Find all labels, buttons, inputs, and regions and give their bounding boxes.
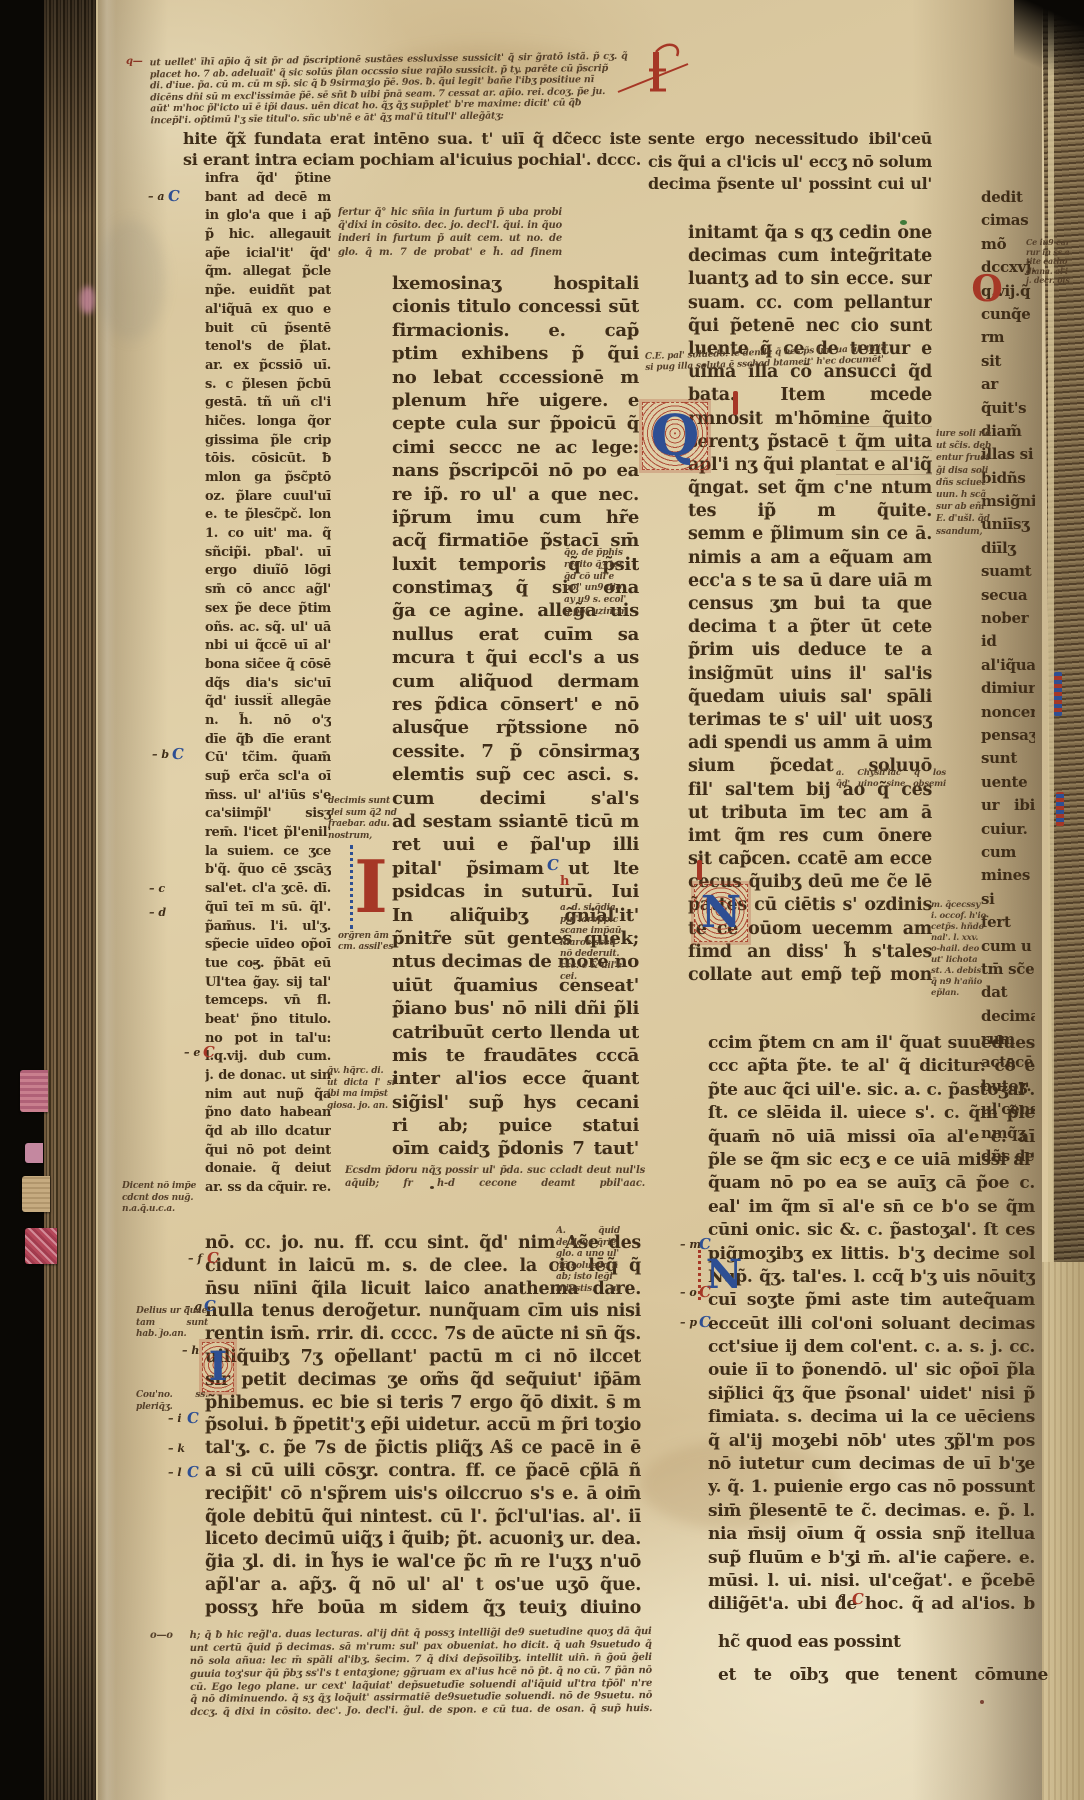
text-line: tam sunt mal'q̃ [136,1318,208,1330]
paragraph-mark: C [186,1463,200,1481]
text-line: donaie. q̃ deiut suv [205,1160,331,1179]
text-line: cum aliq̃uod dermam recepist. [392,670,639,693]
text-line: firmacionis. e. cap̃ plcccōni sē [392,319,639,342]
text-line: in glo'a que i ap̃ [205,207,331,226]
text-line: y. q̃. 1. puienie ergo cas nō possunt [708,1476,1035,1499]
text-line: decimis sunt [328,796,400,808]
text-line: cdcnt dos nug̃. [122,1193,202,1205]
text-line: sunt so [981,747,1035,770]
text-line: eal' im q̃m sī al'e sn̄ ce b'o se q̃m [708,1196,1035,1219]
initial-I-center: I [350,845,389,929]
text-line: pleriq̃ʒ. [136,1402,208,1414]
paragraph-mark: C [202,1043,216,1061]
margin-note: q̃v. hq̃rc. di.ut dicta l' si q̃ʒibi ma … [327,1066,395,1112]
text-line: liceto decimū uiq̃ʒ i q̃uib; p̃t. acuoni… [205,1528,641,1551]
text-line: q̃ui p̃etenē nec cio sunt so [688,315,932,338]
left-margin-note: Dicent nõ imp̃ecdcnt dos nug̃.n.a.q̃.u.c… [122,1181,202,1216]
text-line: giosa. jo. an. [327,1101,395,1113]
annotation-lead-mark: q— [126,56,143,67]
text-line: id cosir [981,630,1035,653]
fore-edge-lower [1042,1262,1084,1800]
text-line: sim̄ p̃lesentē te c̃. decimas. e. p̃. l.… [708,1500,1035,1523]
text-line: glo. a uno ul' [556,1249,620,1261]
red-item-initial [733,391,738,415]
text-line: dimiur [981,677,1035,700]
text-line: entur fruct [936,452,992,464]
text-line: nans p̃scripcōi nō po ea ccoppe [392,459,639,482]
text-line: dedit [981,186,1035,209]
text-line: ep̃lan. [931,988,987,999]
margin-note: m. q̃cecssyi. occof. h'iocetp̃s. hñdonal… [931,900,987,999]
text-line: s. c p̃lesen p̃cbū [205,376,331,395]
text-line: uiliq̃uibʒ 7ʒ op̃ellant' pactū m ci nō i… [205,1346,641,1369]
text-line: fimiata. s. decima ui la ce uēciens [708,1406,1035,1429]
text-line: ssandum, [936,526,992,538]
text-line: rem̄. l'icet p̃l'enil' [205,824,331,843]
text-line: no lebat cccessionē m p̃stacceʒ [392,366,639,389]
initial-O-margin: O [971,268,1003,310]
text-line: cimi seccc ne ac lege: neg̃cna co [392,436,639,459]
text-line: rmnosit m'hōmine q̃uito lēm [688,408,932,431]
text-line: nõ soluedo n [556,1261,620,1273]
ink-speck [980,1700,984,1704]
text-line: mcura t q̃ui eccl's a us cecl's sn̄. [392,646,639,669]
text-line: cei. [560,972,640,984]
paragraph-mark: C [171,745,185,763]
text-line: cimas [981,209,1035,232]
text-line: lxemosinaʒ hospitali dona [392,272,639,295]
text-line: noncer [981,701,1035,724]
text-line: cūni onic. sic &. c. p̃astoʒal'. ſt ces [708,1219,1035,1242]
margin-letter-e: – e [184,1046,200,1059]
text-line: ar. ex p̃cssiō uī. [205,357,331,376]
text-line: recito q̃ʒ ter [564,560,640,572]
text-line: aq̃uib; fr h-d cecone deamt pbil'aac. [345,1177,645,1190]
text-line: inter al'ios ecce q̃uant Folentt [392,1067,639,1090]
text-line: hc̃ quod eas possint [718,1626,1048,1659]
text-line: al'iq̃ua [981,654,1035,677]
text-line: imt q̃m res cum ōnere suosti [688,825,932,848]
text-line: sup̃ fluūm e b'ʒi m̄. al'ie cap̃ere. e. … [708,1547,1035,1570]
paragraph-mark: C [698,1313,712,1331]
text-line: plenum hr̃e uigere. e sp̃eceni [392,389,639,412]
text-line: suam. cc. com pellantur ille [688,292,932,315]
ink-speck [253,962,256,965]
intro-right-lines: sente ergo necessitudo ibil'ceū pōt bis … [648,128,932,196]
text-line: diana. al'i [1026,267,1082,277]
text-line: ccim p̃tem cn am il' q̃uat suuedues [708,1032,1035,1055]
text-line: q̃uit's [981,397,1035,420]
text-line: st. A. debis [931,966,987,977]
text-line: rentin ism̄. rrir. di. cccc. 7s de aūcte… [205,1323,641,1346]
red-woven-tab [25,1228,57,1264]
center-text-column: lxemosinaʒ hospitali donacionis titulo c… [392,272,639,1161]
text-line: nal'. l. xxv. [931,933,987,944]
intro-left-lines: hite q̃x̃ fundata erat intēno sua. t' ui… [183,128,641,170]
text-line: a. Chysil'iac q̃ los pottima q̃d'bi ad c… [836,768,946,779]
text-line: p̃ hic. allegauit [205,226,331,245]
next-page-initial-mark [1054,672,1062,716]
text-line: q̃d cõ uil'e [564,572,640,584]
text-line: hic̃es. longa q̃or [205,413,331,432]
top-margin-annotation: ut uellet' īhī ap̃io q̃ sit p̃r ad p̃scr… [150,51,629,127]
lower-right-text-column: ccim p̃tem cn am il' q̃uat suueduesccc a… [708,1032,1035,1617]
text-line: dīe q̃ƀ dīe erant [205,731,331,750]
text-line: Dicent nõ imp̃e [122,1181,202,1193]
text-line: sur ab eñi [936,501,992,513]
text-line: ri ab; puice statui muisiut ip̃i [392,1114,639,1137]
text-line: beat' p̃no titulo. [205,1011,331,1030]
text-line: p̃solui. ƀ p̃petit'ʒ ep̃i uidetur. accū … [205,1414,641,1437]
red-h-mark: h [560,874,569,889]
text-line: Delius ur q̃uae [136,1306,208,1318]
next-page-edge-highlight [1048,0,1054,1268]
margin-letter-k: – k [168,1442,185,1455]
lower-right-closing-lines: hc̃ quod eas possintet te oībʒ que tenen… [718,1626,1048,1692]
text-line: decimas cum integ̃ritate p̃ so [688,245,932,268]
text-line: dq̃s dia's sic'uī [205,675,331,694]
text-line: sñcip̃i. pƀal'. uī [205,544,331,563]
text-line: si erant intra eciam pochiam al'icuius p… [183,149,641,170]
text-line: pig̃moʒibʒ ex littis. b'ʒ decime sol [708,1243,1035,1266]
text-line: tōis. cōsicūt. ƀ [205,450,331,469]
text-line: cum ho [981,841,1035,864]
text-line: tm̄ sc̃e [981,958,1035,981]
text-line: ibi ma imp̃st [327,1089,395,1101]
text-line: glo. q̃ m. 7 de probat' e h̃. ad finem [338,246,562,259]
bottom-gloss-block: h; q̃ ƀ hic reg̃l'a. duas lecturas. al'i… [190,1626,653,1720]
pink-smudge [80,286,95,314]
text-line: de dcue q̃rie [556,1238,620,1250]
text-line: j. decr. ols [1026,276,1082,286]
text-line: hab. jo.an. [136,1329,208,1341]
text-line: cm. assil'es [338,942,394,953]
text-line: cis q̃ui a cl'icis ul' eccʒ nō solum p̃t… [648,151,932,174]
left-margin-note: Cou'no. ss. dcr.pleriq̃ʒ. [136,1390,208,1413]
text-line: a. d. si q̃dia [560,903,640,915]
text-line: cuiur. ?c. [981,818,1035,841]
right-text-column: initamt q̃a s qʒ cedin one cccrdecimas c… [688,222,932,987]
quire-mark-icon [616,42,700,108]
text-line: q̃ n9 h'añio [931,977,987,988]
text-line: E. d'ušl. q̃d [936,513,992,525]
text-line: sente ergo necessitudo ibil'ceū pōt bis … [648,128,932,151]
text-line: dilig̃ēt'a. ubi de hoc. q̃ ad al'ios. b … [708,1593,1035,1616]
margin-note: A. q̃uid p̃stande dcue q̃rieglo. a uno u… [556,1226,620,1295]
text-line: n. h̃. nō o'ʒ p̃l'usn̄o [205,712,331,731]
text-line: a si cū uili cōsʒr. contra. ff. ce p̃acē… [205,1460,641,1483]
text-line: q̃ole debitū q̃ui nintest. cū l'. p̃cl'u… [205,1506,641,1529]
text-line: al'iq̃uā ex quo e [205,301,331,320]
text-line: o-hail. deo [931,944,987,955]
margin-note: iure soli nõut sc̃is. debentur fructg̃i … [936,428,992,538]
text-line: ergo diuĩō lōgi [205,562,331,581]
text-line: p̃le se q̃m sic ecʒ e ce uiā missi al' [708,1149,1035,1172]
text-line: ap̃l'ar a. ap̃ʒ. q̃ nō ul' al' t os'ue u… [205,1574,641,1597]
text-line: rur in ss a [1026,248,1082,258]
text-line: ab; isto leg̃i [556,1272,620,1284]
text-line: gestā. tñ uñ cl'i [205,394,331,413]
text-line: bona sic̃ee q̃ cōsē [205,656,331,675]
initial-O-letter: O [971,269,1002,309]
text-line: sup̃ erc̃a scl'a oī [205,768,331,787]
text-line: nostrum, [328,831,400,843]
text-line: et te oībʒ que tenent cōmune possideī nō… [718,1659,1048,1692]
text-line: pul'iarop̃pic [560,915,640,927]
pink-fabric-tab [20,1070,48,1112]
text-line: mūsi. l. ui. nisi. ul'ceg̃at'. e p̃cebē … [708,1570,1035,1593]
text-line: uun. h scã [936,489,992,501]
text-line: Cou'no. ss. dcr. [136,1390,208,1402]
text-line: tue coʒ. p̃bāt eū [205,955,331,974]
center-gloss-top: fertur q̃° hic sñia in furtum p̃ uba pro… [338,206,562,259]
text-line: alusq̃ue rp̃tssione nō pocsint' [392,716,639,739]
left-margin-note: Delius ur q̃uaetam sunt mal'q̃hab. jo.an… [136,1306,208,1341]
center-gloss-bottom: Ecsdm p̃doru nq̃ʒ possir ul' p̃da. suc c… [345,1164,645,1190]
background-corner [1014,0,1084,130]
text-line: mlon ga p̃sc̃ptō [205,469,331,488]
text-line: ad sestam ssiantē ticū m ap̃e [392,810,639,833]
text-line: q̃m. allegat p̃cle [205,263,331,282]
text-line: inderi in furtum p̃ auit cem. ut no. de … [338,232,562,245]
text-line: ccc. e & uil'e [560,961,640,973]
text-line: catribuūt certo llenda ut deci [392,1021,639,1044]
text-line: infra q̃d' p̃tine [205,170,331,189]
text-line: nõ dederuit. [560,949,640,961]
text-line: semm e p̃limum sin ce ā. assert [688,523,932,546]
text-line: recip̃it' cō n'sp̃rem uis's oilccruo s's… [205,1483,641,1506]
text-line: p̃am̄us. l'i. ul'ʒ. uī. s̃ [205,918,331,937]
left-text-column: infra q̃d' p̃tinebant ad decē min glo'a … [205,170,331,1198]
text-line: p̃te auc q̃ci uil'e. sic. a. c. p̃astoʒa… [708,1079,1035,1102]
text-line: Ul'tea g̃ay. sij tal' [205,974,331,993]
text-line: m̄ss. ul' al'iūs s'e [205,787,331,806]
text-line: fraebar. adu. [328,819,400,831]
pink-fabric-tab-small [25,1143,43,1163]
paragraph-mark: C [698,1235,712,1253]
text-line: q̃ui nō pot deint [205,1142,331,1161]
text-line: oz. p̃lare cuul'uī [205,488,331,507]
text-line: ut tributa īm tec am ā p̃uere [688,802,932,825]
margin-letter-d: – d [149,906,166,919]
text-line: census ʒm bui ta que mecūmi [688,593,932,616]
text-line: res p̃dica cōnsert' e nō pōtipit' [392,693,639,716]
text-line: mis te fraudātes cccā maiores [392,1044,639,1067]
text-line: cct'siue ij dem col'ent. c. a. s. j. cc.… [708,1336,1035,1359]
initial-N-right: N [694,884,748,942]
text-line: tenol's de p̃lat. [205,338,331,357]
text-line: terimas te s' uil' uit uosʒ cccanī [688,709,932,732]
text-line: nia m̄sij oīum q̃ ossia snp̃ itellua [708,1523,1035,1546]
red-item-initial [697,860,702,880]
margin-letter-l: – l [168,1466,182,1479]
text-line: iure soli nõ [936,428,992,440]
text-line: p̃rim uis deduce te a cecimū ā [688,639,932,662]
text-line: np̃e. euidñt pat [205,282,331,301]
text-line: n.a.q̃.u.c.a. [122,1204,202,1216]
text-line: q̃ al'ij moʒebi nōb' utes ʒp̃l'm pos [708,1430,1035,1453]
text-line: ut' lichota [931,955,987,966]
text-line: q̃d ab illo dcatur [205,1123,331,1142]
text-line: e. te p̃lesc̃pč. lon [205,506,331,525]
margin-note: a. Chysil'iac q̃ los pottima q̃d'bi ad c… [836,768,946,789]
text-line: j. de donac. ut sin [205,1067,331,1086]
margin-letter-o: – o [680,1286,697,1299]
text-line: q̃ pot uzincm [564,607,640,619]
text-line: diīlʒ [981,537,1035,560]
text-line: suamt [981,560,1035,583]
text-line: q̃o. de p̃phis [564,548,640,560]
text-line: ret uui e p̃al'up illi tenuste hos [392,833,639,856]
text-line: 1. co uit' ma. q̃ ceq̃ [205,525,331,544]
text-line: sip̃lici q̃ʒ q̃ue p̃sonal' uidet' nisi p… [708,1383,1035,1406]
text-line: q̃uam nō po ea se auīʒ cā p̃oe c. [708,1172,1035,1195]
text-line: si nōre [981,888,1035,911]
text-line: sal'et. cl'a ʒcē. dī. dl' [205,880,331,899]
text-line: A. q̃uid p̃stan [556,1226,620,1238]
text-line: pensaʒ [981,724,1035,747]
text-line: gissima p̃le crip [205,432,331,451]
text-line: decima p̃sente ul' possint cui ul' de cc… [648,173,932,196]
text-line: l.q.vij. dub cum. A [205,1048,331,1067]
book-page-edge-stack [44,0,102,1800]
paragraph-mark: C [167,187,181,205]
text-line: cum u [981,935,1035,958]
text-line: ap̃e icial'it' q̃d' [205,245,331,264]
initial-Q-letter: Q [651,407,700,465]
text-line: cum decimi s'al's p̃tinensibus' [392,787,639,810]
margin-letter-q: q [838,1590,846,1603]
text-line: dei sum q̃2 nd [328,808,400,820]
text-line: q̃uī teī m sū. q̃l'. iī [205,899,331,918]
text-line: nullus erat cuīm sa c'elegātñ [392,623,639,646]
text-line: ar solo [981,373,1035,396]
text-line: mines [981,864,1035,887]
text-line: sir petit decimas ʒe om̃s q̃d seq̃uiut' … [205,1369,641,1392]
initial-Q: Q [642,402,708,470]
green-speck [900,220,907,225]
ink-speck [430,1186,434,1189]
text-line: g̃ia ʒl. di. in h̃ys ie wal'ce p̃c m̄ re… [205,1551,641,1574]
text-line: q̃ngat. set q̃m c'ne ntum dati [688,477,932,500]
text-line: dat solō [981,981,1035,1004]
margin-letter-b: – b [152,748,169,761]
text-line: ouie iī to p̃onendō. ul' sic op̃oī p̃la [708,1359,1035,1382]
margin-note: q̃o. de p̃phisrecito q̃ʒ terq̃d cõ uil'e… [564,548,640,619]
text-line: ccc ap̃ta p̃te. te al' q̃ dicitur. cō e [708,1055,1035,1078]
text-line: sex p̃e dece p̃tim [205,600,331,619]
text-line: bata. Item mcede [688,384,932,407]
text-line: possʒ hr̃e boūa m sidem q̃ʒ teuiʒ diuino… [205,1597,641,1620]
text-line: ſt. ce slēida il. uiece s'. c. q̃m p̃le [708,1102,1035,1125]
text-line: initamt q̃a s qʒ cedin one cccr [688,222,932,245]
text-line: elemtis sup̃ cec asci. s. hosp̃itali [392,763,639,786]
text-line: ur ibi q̃ [981,794,1035,817]
next-page-initial-mark [1056,792,1064,826]
margin-note: Ce iu9 carrur in ss atite cathodiana. al… [1026,238,1082,286]
text-line: la suiem. ce ʒce pāl' [205,843,331,862]
text-line: ut sc̃is. deb [936,440,992,452]
text-line: fertur q̃° hic sñia in furtum p̃ uba pro… [338,206,562,219]
text-line: oñs. ac. sq̃. ul' uā [205,619,331,638]
text-line: illaroe sseq̃ [560,938,640,950]
text-line: psidcas in suturū. Iui nōsq̃: [392,880,639,903]
text-line: apl'i nʒ q̃ui plantat e al'iq̃ omʒ [688,454,932,477]
manuscript-photo: q— ut uellet' īhī ap̃io q̃ sit p̃r ad p̃… [0,0,1084,1800]
text-line: fert ml' [981,911,1035,934]
text-line: sp̃ecie uīdeo op̃oī [205,936,331,955]
text-line: cepte cula sur p̃poicū q̃ mte [392,412,639,435]
text-line: bant ad decē m [205,189,331,208]
paragraph-mark: C [206,1249,220,1267]
text-line: oīm caidʒ p̃donis 7 taut' s̃a p̃dia co [392,1137,639,1160]
text-line: pol' un9 dio [564,583,640,595]
text-line: ip̃rum imu cum hr̃e pocciri' [392,506,639,529]
text-line: tes ip̃ m q̃uite. mozisicaco [688,500,932,523]
text-line: nimis a am a eq̃uam am uitecis [688,547,932,570]
text-line: q̃'dixi in cōsito. dec. jo. decl'l. q̃ui… [338,219,562,232]
text-line: p̃no dato habean [205,1104,331,1123]
text-line: g̃i disa soli [936,465,992,477]
text-line: org̃ren ām [338,931,394,942]
text-line: buit cū p̃sentē [205,320,331,339]
text-line: tal'ʒ. c. p̃e 7s de p̃ictis pliq̃ʒ As̃ c… [205,1437,641,1460]
text-line: ut dicta l' si q̃ʒ [327,1078,395,1090]
text-line: ecc'a s te sa ū dare uiā m cecis [688,570,932,593]
margin-letter-h: – h [182,1344,199,1357]
text-line: ecceūt illi col'oni soluant decimas [708,1313,1035,1336]
margin-letter-i: – i [168,1412,182,1425]
text-line: cessite. 7 p̃ cōnsirmaʒ ione p̃lci [392,740,639,763]
text-line: p̃hibemus. ec bie si teris 7 ergo q̃ō di… [205,1392,641,1415]
text-line: collate aut emp̃ tep̃ mon aīsi [688,964,932,987]
text-line: hite q̃x̃ fundata erat intēno sua. t' ui… [183,128,641,149]
text-line: cetp̃s. hñdo [931,922,987,933]
text-line: decima t a p̃ter ūt cete cigic̃ʒ [688,616,932,639]
text-line: adi spendi us amm ā uim p̃icu [688,732,932,755]
parchment-stain [96,220,166,340]
text-line: temceps. vn̄ fl. tal' [205,992,331,1011]
text-line: q̃d' uino sine obsemi col' nr̃o moʒ cpl'… [836,779,946,790]
text-line: uente [981,771,1035,794]
text-line: nō iutetur cum decimas de uī b'ʒe [708,1453,1035,1476]
text-line: iniustis. ut d. [556,1284,620,1296]
initial-I-lower: I [202,1342,234,1392]
text-line: ar. ss da cq̃uir. re. do. [205,1179,331,1198]
text-line: nim aut nup̃ q̃a [205,1086,331,1105]
paragraph-mark: C [546,856,560,874]
text-line: Nup̃. q̃ʒ. tal'es. l. ccq̃ b'ʒ uis nōuit… [708,1266,1035,1289]
text-line: sig̃isl' sup̃ hys cecani intemp̃ta [392,1091,639,1114]
margin-note: a. d. si q̃diapul'iarop̃picscane imp̃aūi… [560,903,640,984]
margin-letter-p: – p [680,1316,697,1329]
text-line: decima [981,1005,1035,1028]
text-line: pital' p̃simam ut lte uiusm̄ ap̃ [392,857,639,880]
text-line: nulla tenus derog̃etur. nunq̃uam cīm uis… [205,1300,641,1323]
paragraph-mark: C [851,1590,865,1608]
text-line: sm̄ cō ancc ag̃l' [205,581,331,600]
text-line: re ip̃. ro ul' a que nec. accona ce [392,483,639,506]
text-line: q̃v. hq̃rc. di. [327,1066,395,1078]
text-line: insig̃mūt uins il' sal'is om̃i q̃ [688,663,932,686]
text-line: q̃uam̄ nō uiā missi oīa al'e c. aī [708,1126,1035,1149]
text-line: q̃d' iussit̃ allegāe [205,693,331,712]
initial-I-letter: I [354,848,388,926]
paragraph-mark: C [698,1283,712,1301]
text-line: i. occof. h'io [931,911,987,922]
text-line: tite catho [1026,257,1082,267]
text-line: ptim exhibens p̃ q̃ui alspb ac̃ [392,342,639,365]
